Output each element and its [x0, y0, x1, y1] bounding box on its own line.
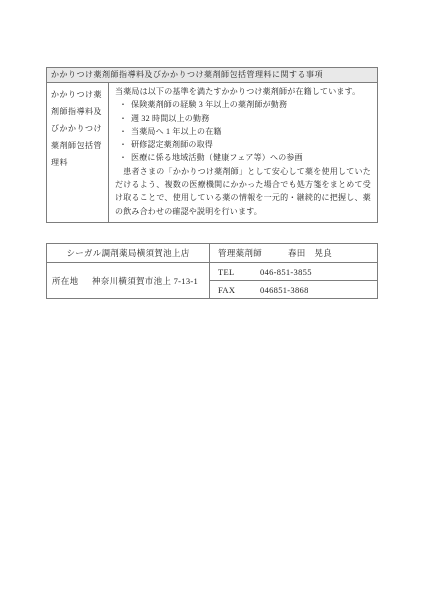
row-label-kakaritsuke-fees: かかりつけ薬剤師指導料及びかかりつけ薬剤師包括管理料	[47, 83, 109, 222]
intro-text: 当薬局は以下の基準を満たすかかりつけ薬剤師が在籍しています。	[115, 85, 371, 98]
tel-cell: TEL 046-851-3855	[209, 262, 377, 280]
pharmacy-info-table: シーガル調剤薬局横須賀池上店 管理薬剤師 春田 晃良 所在地 神奈川横須賀市池上…	[46, 243, 378, 299]
manager-name: 春田 晃良	[288, 247, 332, 259]
tel-label: TEL	[218, 267, 260, 277]
document-page: { "table1": { "header": "かかりつけ薬剤師指導料及びかか…	[0, 0, 425, 600]
bullet-icon: ・	[115, 151, 131, 164]
explanation-paragraph: 患者さまの「かかりつけ薬剤師」として安心して薬を使用していただけるよう、複数の医…	[115, 165, 371, 218]
table-header-kakaritsuke: かかりつけ薬剤師指導料及びかかりつけ薬剤師包括管理料に関する事項	[47, 68, 377, 83]
bullet-item: ・ 医療に係る地域活動（健康フェア等）への参画	[115, 151, 371, 164]
bullet-icon: ・	[115, 138, 131, 151]
page-background: かかりつけ薬剤師指導料及びかかりつけ薬剤師包括管理料に関する事項 かかりつけ薬剤…	[0, 0, 425, 600]
manager-cell: 管理薬剤師 春田 晃良	[209, 244, 377, 262]
address-label: 所在地	[52, 275, 84, 287]
fax-label: FAX	[218, 285, 260, 295]
bullet-item: ・ 当薬局へ 1 年以上の在籍	[115, 125, 371, 138]
fax-cell: FAX 046851-3868	[209, 280, 377, 298]
bullet-icon: ・	[115, 112, 131, 125]
kakaritsuke-fee-table: かかりつけ薬剤師指導料及びかかりつけ薬剤師包括管理料に関する事項 かかりつけ薬剤…	[46, 67, 378, 223]
fax-value: 046851-3868	[260, 285, 309, 295]
pharmacy-name: シーガル調剤薬局横須賀池上店	[47, 244, 209, 262]
bullet-icon: ・	[115, 98, 131, 111]
bullet-text: 保険薬剤師の経験 3 年以上の薬剤師が勤務	[131, 98, 287, 111]
bullet-item: ・ 研修認定薬剤師の取得	[115, 138, 371, 151]
bullet-icon: ・	[115, 125, 131, 138]
manager-label: 管理薬剤師	[218, 247, 288, 259]
bullet-item: ・ 週 32 時間以上の勤務	[115, 112, 371, 125]
address-cell: 所在地 神奈川横須賀市池上 7-13-1	[47, 262, 209, 298]
tel-value: 046-851-3855	[260, 267, 312, 277]
table-body: かかりつけ薬剤師指導料及びかかりつけ薬剤師包括管理料 当薬局は以下の基準を満たす…	[47, 83, 377, 222]
row-content: 当薬局は以下の基準を満たすかかりつけ薬剤師が在籍しています。 ・ 保険薬剤師の経…	[109, 83, 377, 222]
bullet-text: 研修認定薬剤師の取得	[131, 138, 213, 151]
bullet-text: 週 32 時間以上の勤務	[131, 112, 209, 125]
bullet-text: 医療に係る地域活動（健康フェア等）への参画	[131, 151, 303, 164]
bullet-text: 当薬局へ 1 年以上の在籍	[131, 125, 222, 138]
address-value: 神奈川横須賀市池上 7-13-1	[92, 275, 198, 287]
bullet-item: ・ 保険薬剤師の経験 3 年以上の薬剤師が勤務	[115, 98, 371, 111]
